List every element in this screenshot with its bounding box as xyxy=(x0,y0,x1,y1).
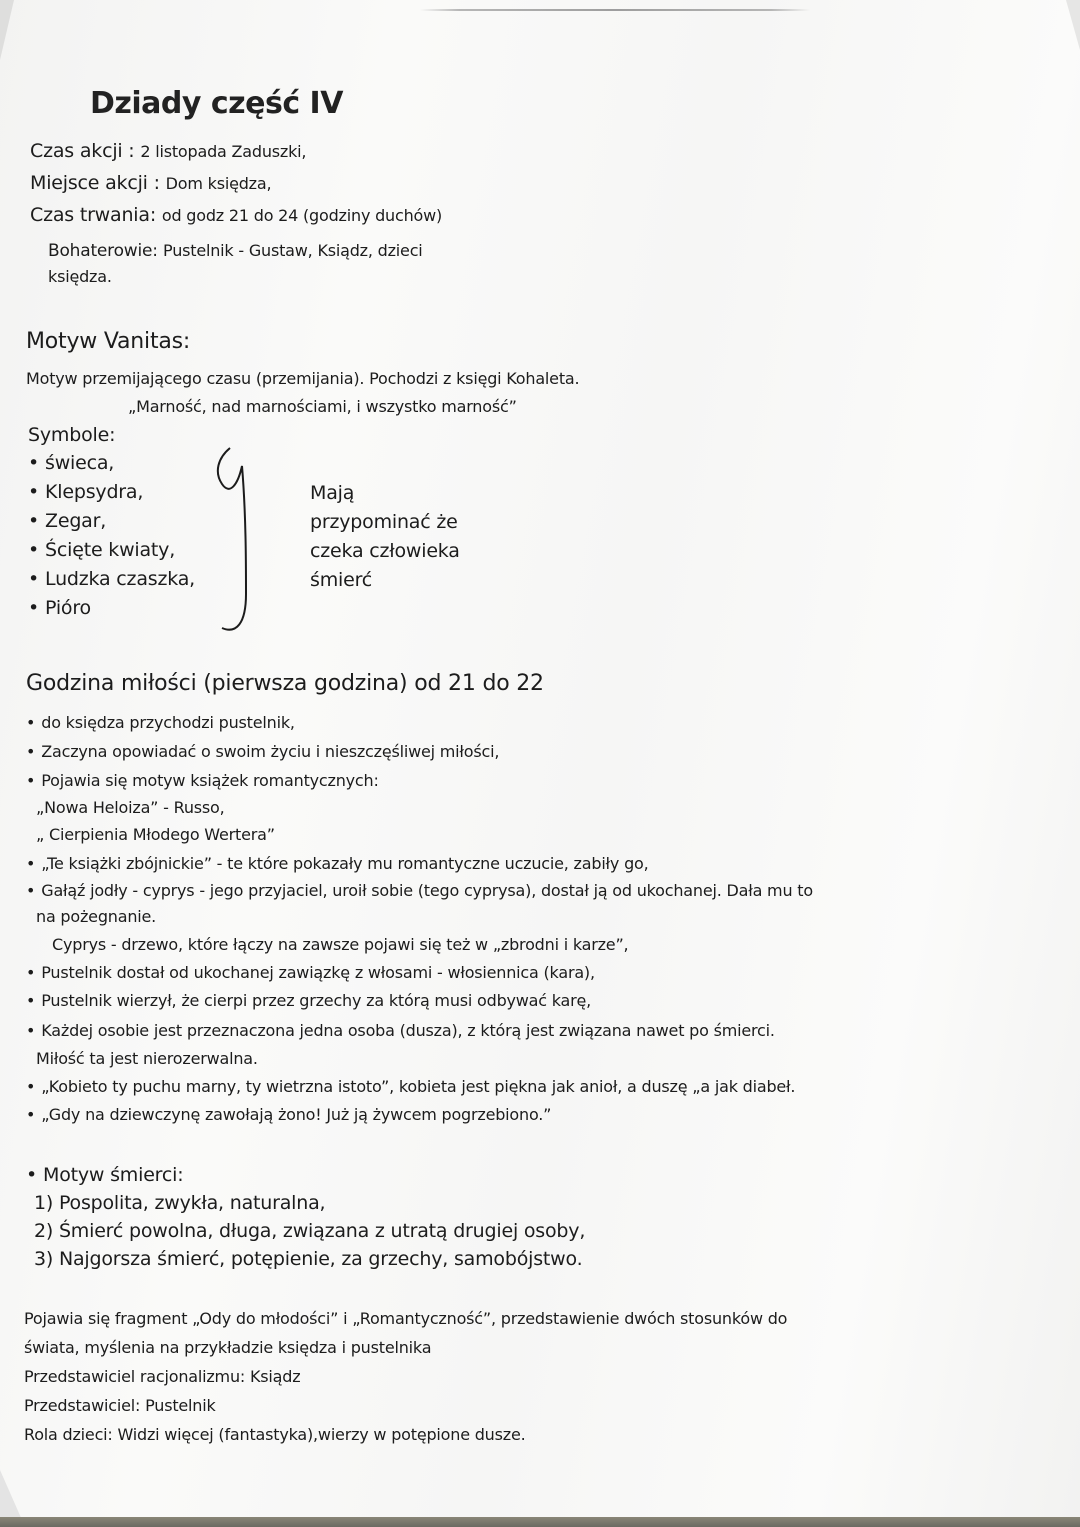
love-hour-line: Cyprys - drzewo, które łączy na zawsze p… xyxy=(52,934,628,956)
symbols-note-line: Mają xyxy=(310,482,354,504)
section-heading-love-hour: Godzina miłości (pierwsza godzina) od 21… xyxy=(26,670,544,698)
vanitas-description: Motyw przemijającego czasu (przemijania)… xyxy=(26,368,579,390)
symbols-note-line: przypominać że xyxy=(310,511,458,533)
symbols-note-line: czeka człowieka xyxy=(310,540,460,562)
symbol-item: Zegar, xyxy=(28,510,106,532)
symbol-item: świeca, xyxy=(28,452,114,474)
love-hour-line: do księdza przychodzi pustelnik, xyxy=(26,712,295,734)
info-label: Czas akcji : xyxy=(30,140,135,162)
info-label: Bohaterowie: xyxy=(48,241,158,261)
page-edge-top xyxy=(420,9,810,11)
page-shadow-bottom-left xyxy=(0,1470,22,1520)
love-hour-line: Pustelnik dostał od ukochanej zawiązkę z… xyxy=(26,962,595,984)
info-value-cont: księdza. xyxy=(48,266,112,288)
closing-line: Rola dzieci: Widzi więcej (fantastyka),w… xyxy=(24,1424,526,1446)
love-hour-line: „Gdy na dziewczynę zawołają żono! Już ją… xyxy=(26,1104,551,1126)
info-line-place: Miejsce akcji : Dom księdza, xyxy=(30,172,271,195)
section-heading-death: Motyw śmierci: xyxy=(26,1164,183,1186)
curly-brace xyxy=(212,444,262,634)
info-label: Miejsce akcji : xyxy=(30,172,160,194)
info-value: od godz 21 do 24 (godziny duchów) xyxy=(162,206,442,225)
love-hour-line: Gałąź jodły - cyprys - jego przyjaciel, … xyxy=(26,880,813,902)
love-hour-line: „Nowa Heloiza” - Russo, xyxy=(36,797,225,819)
page-edge-bottom xyxy=(0,1517,1080,1527)
page-shadow-top-left xyxy=(0,0,14,60)
love-hour-line: „ Cierpienia Młodego Wertera” xyxy=(36,824,275,846)
symbol-item: Ludzka czaszka, xyxy=(28,568,195,590)
love-hour-line: na pożegnanie. xyxy=(36,906,156,928)
info-label: Czas trwania: xyxy=(30,204,156,226)
symbols-label: Symbole: xyxy=(28,424,115,446)
vanitas-quote: „Marność, nad marnościami, i wszystko ma… xyxy=(128,396,517,418)
closing-line: Pojawia się fragment „Ody do młodości” i… xyxy=(24,1308,787,1330)
closing-line: Przedstawiciel: Pustelnik xyxy=(24,1395,216,1417)
love-hour-line: Pustelnik wierzył, że cierpi przez grzec… xyxy=(26,990,591,1012)
love-hour-line: Każdej osobie jest przeznaczona jedna os… xyxy=(26,1020,775,1042)
love-hour-line: „Te książki zbójnickie” - te które pokaz… xyxy=(26,853,649,875)
death-item: 2) Śmierć powolna, długa, związana z utr… xyxy=(34,1220,585,1242)
love-hour-line: Pojawia się motyw książek romantycznych: xyxy=(26,770,379,792)
death-item: 1) Pospolita, zwykła, naturalna, xyxy=(34,1192,325,1214)
info-value: 2 listopada Zaduszki, xyxy=(140,142,306,161)
symbols-note-line: śmierć xyxy=(310,569,372,591)
symbol-item: Klepsydra, xyxy=(28,481,143,503)
love-hour-line: Zaczyna opowiadać o swoim życiu i nieszc… xyxy=(26,741,499,763)
closing-line: Przedstawiciel racjonalizmu: Ksiądz xyxy=(24,1366,300,1388)
info-line-time: Czas akcji : 2 listopada Zaduszki, xyxy=(30,140,306,163)
love-hour-line: Miłość ta jest nierozerwalna. xyxy=(36,1048,258,1070)
page-shadow-top-right xyxy=(1066,0,1080,50)
closing-line: świata, myślenia na przykładzie księdza … xyxy=(24,1337,431,1359)
info-value: Pustelnik - Gustaw, Ksiądz, dzieci xyxy=(163,241,423,260)
symbol-item: Pióro xyxy=(28,597,91,619)
section-heading-vanitas: Motyw Vanitas: xyxy=(26,328,190,356)
info-value: Dom księdza, xyxy=(166,174,272,193)
info-line-heroes: Bohaterowie: Pustelnik - Gustaw, Ksiądz,… xyxy=(48,240,423,262)
page-title: Dziady część IV xyxy=(90,86,343,122)
notebook-page: Dziady część IV Czas akcji : 2 listopada… xyxy=(0,0,1080,1527)
love-hour-line: „Kobieto ty puchu marny, ty wietrzna ist… xyxy=(26,1076,795,1098)
info-line-duration: Czas trwania: od godz 21 do 24 (godziny … xyxy=(30,204,442,227)
symbol-item: Ścięte kwiaty, xyxy=(28,539,175,561)
death-item: 3) Najgorsza śmierć, potępienie, za grze… xyxy=(34,1248,582,1270)
